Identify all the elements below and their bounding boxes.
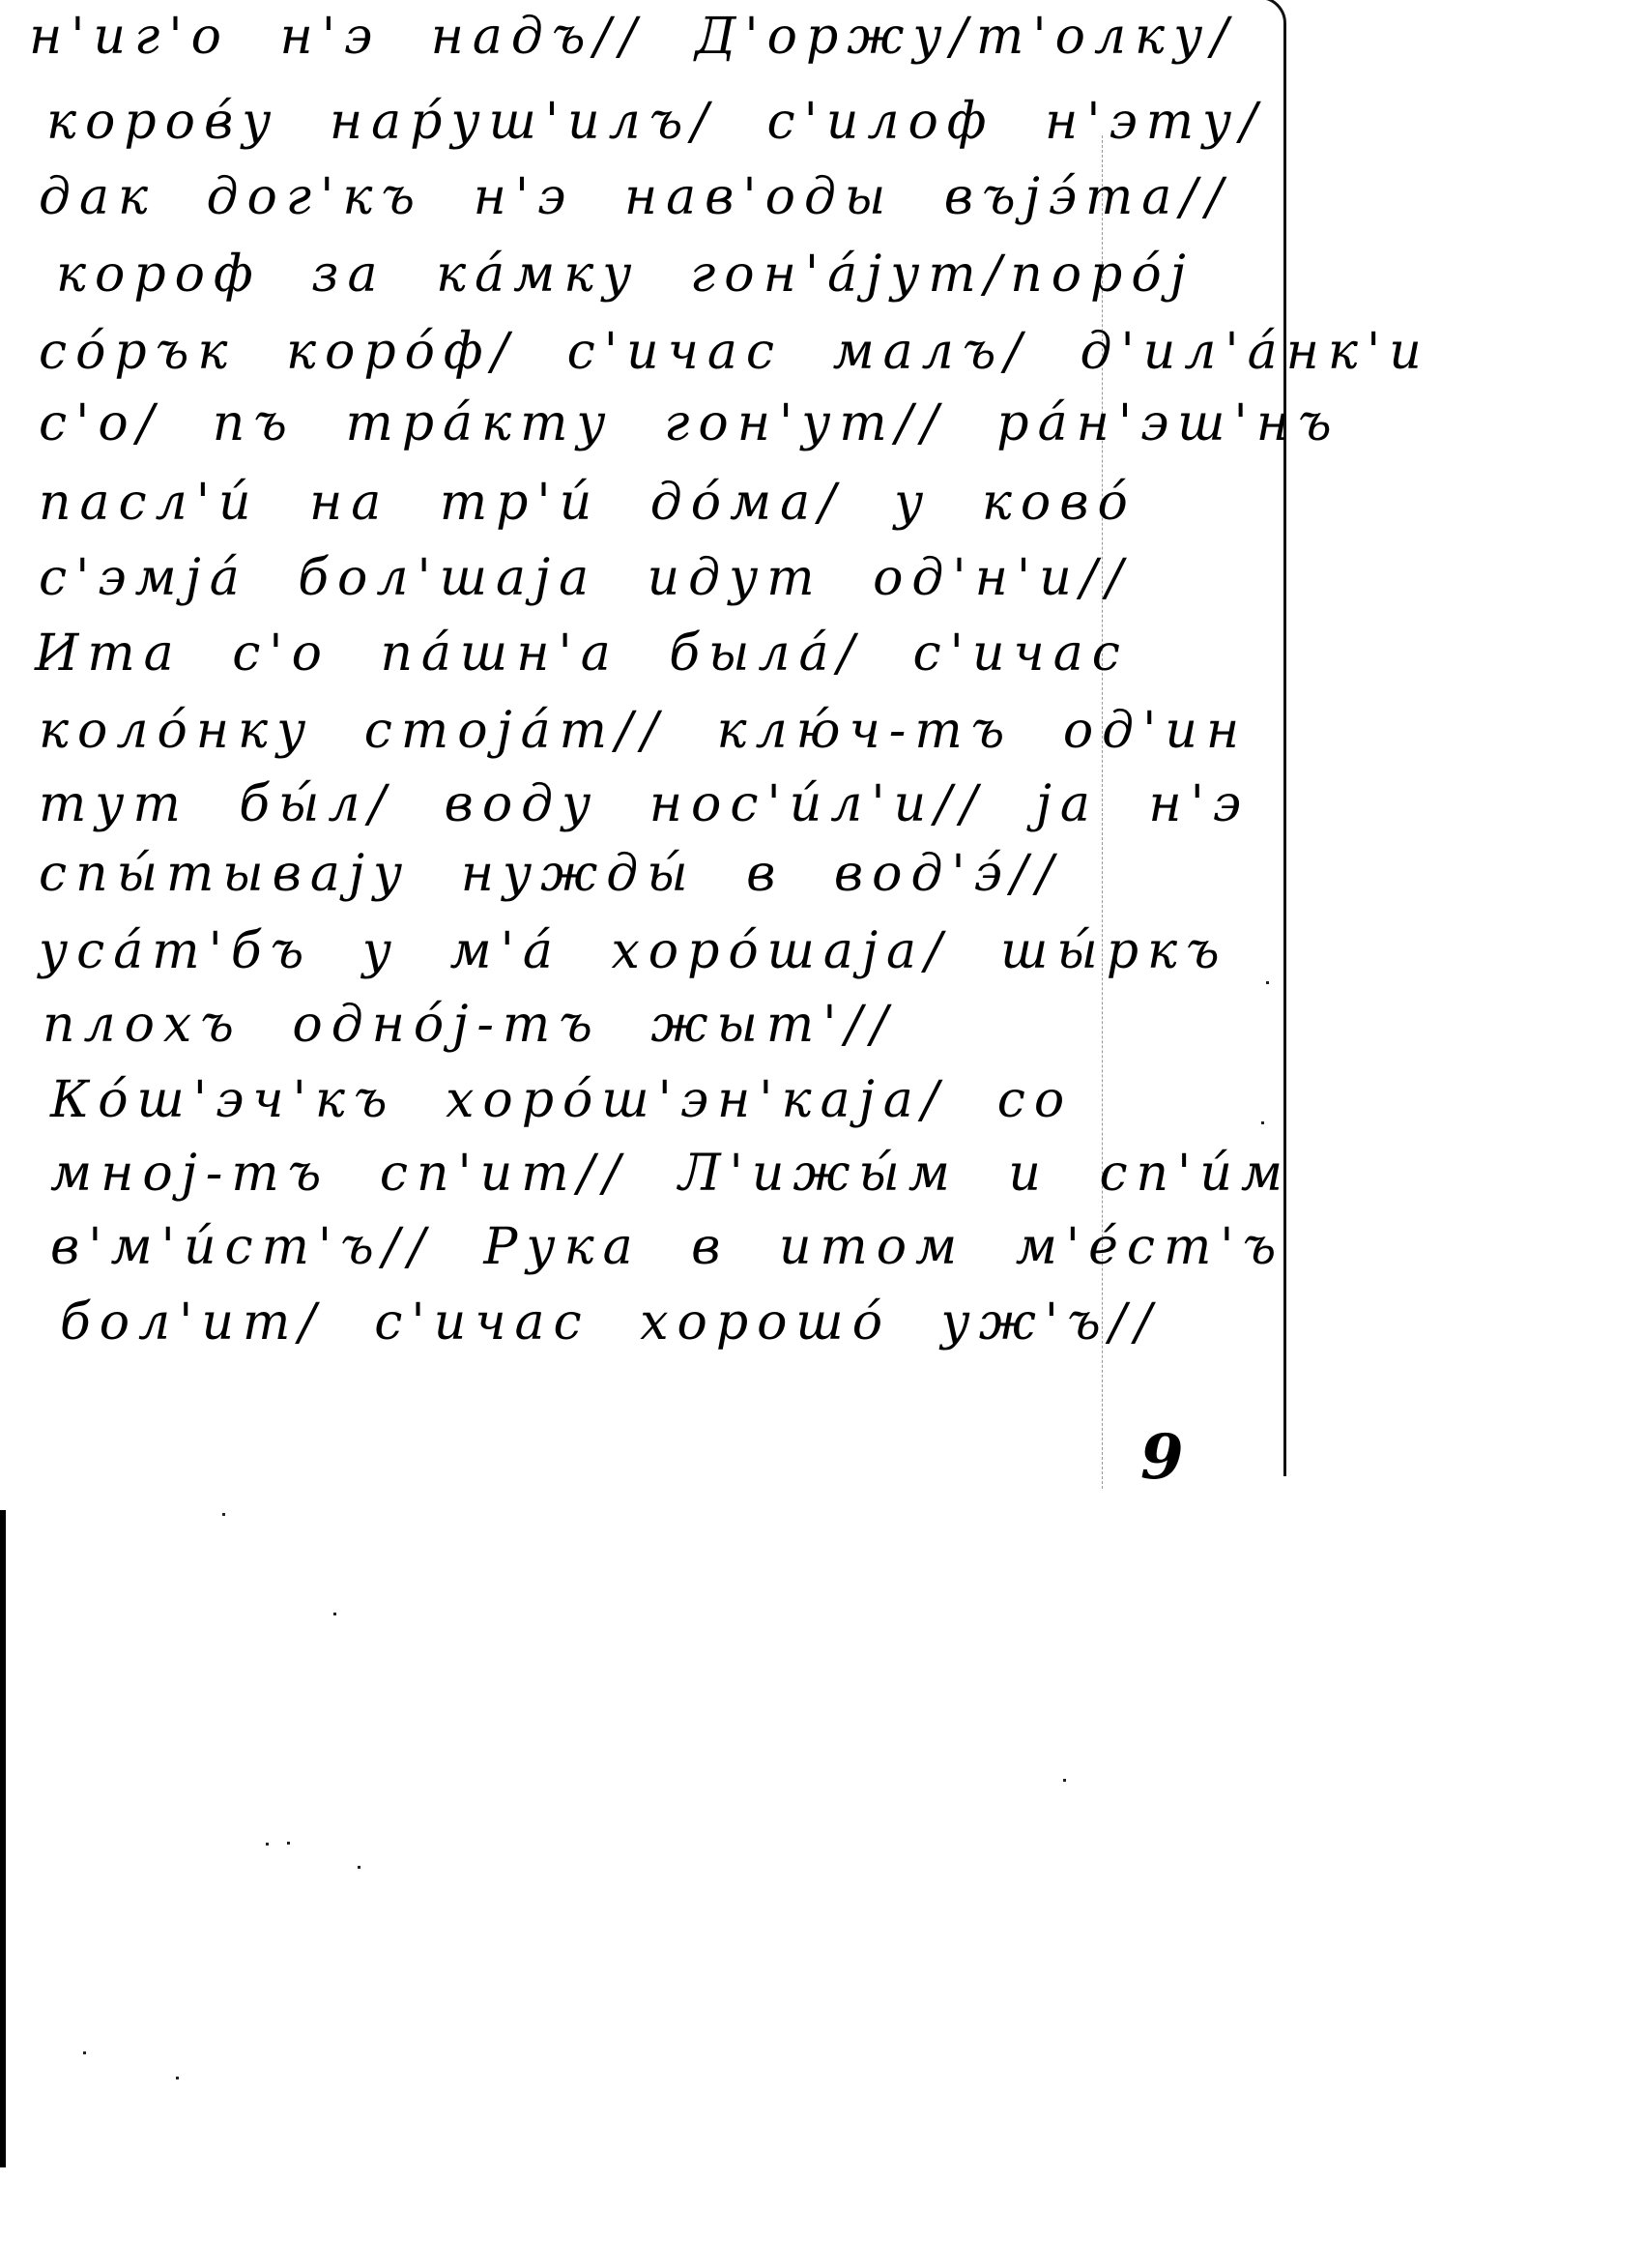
- page-number: 9: [1140, 1421, 1184, 1494]
- scan-speck: [333, 1613, 336, 1615]
- text-line-14: плохъ одно́ј-тъ жыт'//: [43, 1000, 897, 1050]
- text-line-13: уса́т'бъ у м'а́ хоро́шаја/ шы́ркъ: [39, 926, 1228, 976]
- text-line-2: коров́у нар́уш'илъ/ с'илоф н'эту/: [46, 97, 1266, 147]
- text-line-5: со́рък коро́ф/ с'ичас малъ/ д'ил'а́нк'и: [39, 327, 1430, 377]
- scan-speck: [83, 2051, 86, 2054]
- scan-speck: [287, 1842, 290, 1845]
- text-line-8: с'эмја́ бол'шаја идут од'н'и//: [39, 553, 1132, 603]
- scan-edge-shadow: [0, 1510, 6, 2167]
- scan-speck: [1063, 1779, 1066, 1782]
- text-line-16: мноj-тъ сп'ит// Л'ижы́м и сп'и́м: [50, 1149, 1291, 1199]
- text-line-6: с'о/ пъ тра́кту гон'ут// ра́н'эш'нъ: [39, 398, 1340, 449]
- scan-speck: [266, 1843, 269, 1846]
- text-line-10: коло́нку стоја́т// клю́ч-тъ од'ин: [39, 706, 1248, 756]
- text-line-4: короф за ка́мку гон'а́јут/поро́ј: [56, 249, 1195, 300]
- text-line-1: н'иг'о н'э надъ// Д'оржу/т'олку/: [29, 12, 1237, 62]
- scan-speck: [1266, 981, 1269, 984]
- text-line-9: Ита с'о па́шн'а была́/ с'ичас: [35, 628, 1129, 679]
- scan-speck: [176, 2077, 179, 2079]
- scan-speck: [222, 1513, 225, 1516]
- text-line-18: бол'ит/ с'ичас хорошо́ уж'ъ//: [60, 1297, 1161, 1348]
- text-line-17: в'м'и́ст'ъ// Рука в итом м'е́ст'ъ: [50, 1222, 1284, 1272]
- scan-speck: [358, 1866, 360, 1869]
- text-line-7: пасл'и́ на тр'и́ до́ма/ у ково́: [39, 478, 1137, 528]
- text-line-3: дак дог'къ н'э нав'оды въјэ́та//: [39, 172, 1231, 222]
- scanned-page: н'иг'о н'э надъ// Д'оржу/т'олку/ коров́у…: [0, 0, 1643, 2268]
- text-line-12: спы́тывају нужды́ в вод'э́//: [39, 849, 1062, 899]
- scan-speck: [1261, 1121, 1264, 1124]
- text-line-11: тут бы́л/ воду нос'и́л'и// ја н'э: [39, 779, 1250, 829]
- text-line-15: Ко́ш'эч'къ хоро́ш'эн'каја/ со: [50, 1075, 1073, 1125]
